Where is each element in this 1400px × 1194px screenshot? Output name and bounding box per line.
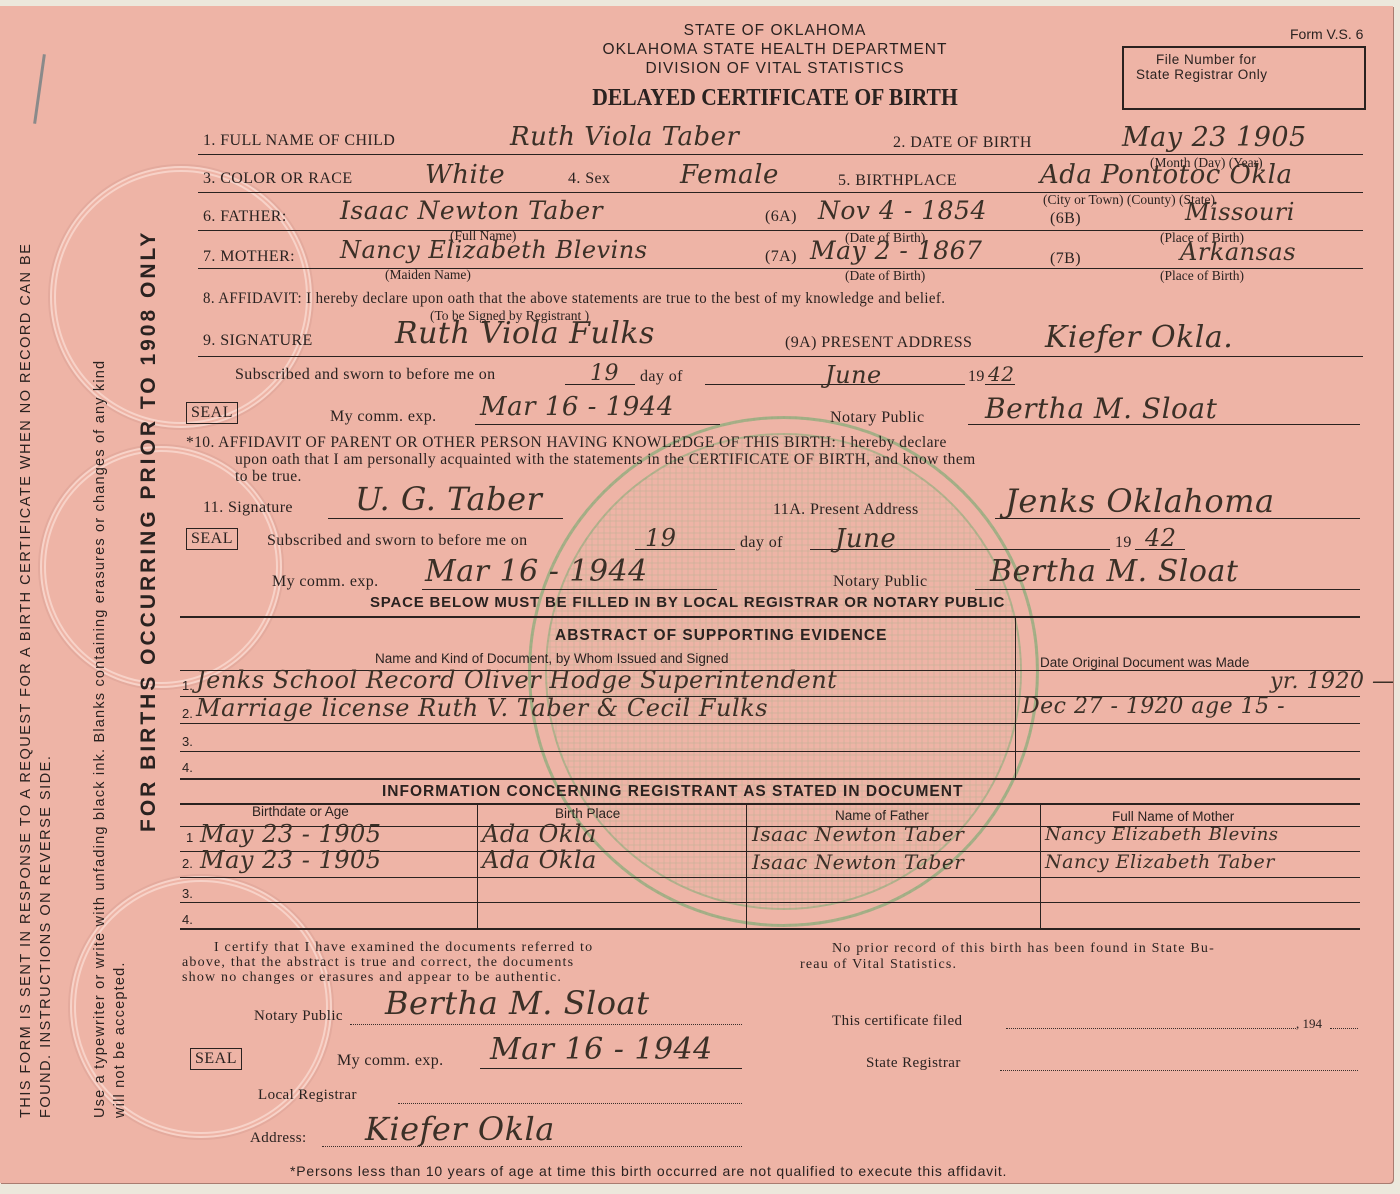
sworn2-year-value[interactable]: 42 xyxy=(1145,524,1177,552)
seal-box-2: SEAL xyxy=(186,528,238,550)
info-row2-num: 2. xyxy=(182,856,193,871)
certificate-filed-year-line xyxy=(1330,1028,1358,1029)
registrar-instruction: SPACE BELOW MUST BE FILLED IN BY LOCAL R… xyxy=(370,594,1005,611)
race-value[interactable]: White xyxy=(425,160,505,190)
sworn1-month-value[interactable]: June xyxy=(825,361,882,389)
local-registrar-label: Local Registrar xyxy=(258,1087,357,1104)
signature-label: 9. SIGNATURE xyxy=(203,332,313,350)
info-header-mother: Full Name of Mother xyxy=(1112,809,1234,824)
info-row1-father[interactable]: Isaac Newton Taber xyxy=(752,822,964,846)
abstract-row2-document[interactable]: Marriage license Ruth V. Taber & Cecil F… xyxy=(196,694,768,722)
father-birthdate-label: (6A) xyxy=(765,208,797,226)
present-address-label: (9A) PRESENT ADDRESS xyxy=(785,334,972,352)
present-address-11a-label: 11A. Present Address xyxy=(773,501,919,519)
age-footnote: *Persons less than 10 years of age at ti… xyxy=(290,1163,1007,1179)
full-name-label: 1. FULL NAME OF CHILD xyxy=(203,132,395,150)
abstract-row2-rule xyxy=(180,723,1360,724)
sworn1-year-value[interactable]: 42 xyxy=(988,362,1014,386)
comm1-value[interactable]: Mar 16 - 1944 xyxy=(480,392,674,422)
certificate-filed-year: , 194 xyxy=(1296,1016,1322,1032)
father-label: 6. FATHER: xyxy=(203,208,287,226)
abstract-row1-num: 1. xyxy=(182,678,193,693)
abstract-col-document-header: Name and Kind of Document, by Whom Issue… xyxy=(375,651,728,666)
notary1-label: Notary Public xyxy=(830,409,925,427)
father-value[interactable]: Isaac Newton Taber xyxy=(340,196,603,225)
comm2-label: My comm. exp. xyxy=(272,573,379,591)
state-registrar-line xyxy=(1000,1070,1358,1071)
seal-box-3: SEAL xyxy=(190,1048,242,1070)
sworn1-text: Subscribed and sworn to before me on xyxy=(235,366,496,384)
margin-notice-line2: FOUND. INSTRUCTIONS ON REVERSE SIDE. xyxy=(38,755,54,1118)
certificate-filed-line xyxy=(1006,1028,1296,1029)
info-row3-rule xyxy=(180,902,1360,903)
info-title: INFORMATION CONCERNING REGISTRANT AS STA… xyxy=(382,783,963,801)
signature-11-label: 11. Signature xyxy=(203,499,293,517)
abstract-row3-rule xyxy=(180,751,1360,752)
info-row2-birthplace[interactable]: Ada Okla xyxy=(482,846,597,874)
info-row2-rule xyxy=(180,877,1360,878)
info-row2-mother[interactable]: Nancy Elizabeth Taber xyxy=(1045,851,1275,873)
abstract-title: ABSTRACT OF SUPPORTING EVIDENCE xyxy=(555,627,887,645)
margin-ink-instruction-line2: will not be accepted. xyxy=(112,961,128,1118)
staple xyxy=(33,54,46,124)
info-row1-num: 1 xyxy=(186,830,193,845)
sworn2-century: 19 xyxy=(1115,534,1132,552)
full-name-value[interactable]: Ruth Viola Taber xyxy=(510,122,739,152)
info-col-divider-2 xyxy=(746,803,747,928)
address-value[interactable]: Kiefer Okla xyxy=(365,1110,555,1148)
state-no-record-line2: reau of Vital Statistics. xyxy=(800,957,957,973)
info-header-birthdate: Birthdate or Age xyxy=(252,804,349,819)
row9-rule xyxy=(198,356,1363,357)
local-registrar-line xyxy=(398,1103,742,1104)
info-header-father: Name of Father xyxy=(835,808,929,823)
sworn1-day-of: day of xyxy=(640,368,683,386)
certify-notary-value[interactable]: Bertha M. Sloat xyxy=(385,984,649,1022)
mother-birthdate-sublabel: (Date of Birth) xyxy=(845,268,925,284)
info-row1-birthplace[interactable]: Ada Okla xyxy=(482,820,597,848)
abstract-col-divider xyxy=(1015,618,1016,778)
comm1-line xyxy=(475,424,720,425)
sworn1-century: 19 xyxy=(968,368,985,386)
sworn2-day-of: day of xyxy=(740,534,783,552)
signature-value[interactable]: Ruth Viola Fulks xyxy=(395,316,655,351)
abstract-row4-num: 4. xyxy=(182,760,193,775)
race-label: 3. COLOR OR RACE xyxy=(203,170,353,188)
abstract-top-rule xyxy=(180,616,1360,618)
certify-notary-label: Notary Public xyxy=(254,1008,343,1025)
comm2-value[interactable]: Mar 16 - 1944 xyxy=(425,554,648,589)
info-row2-father[interactable]: Isaac Newton Taber xyxy=(752,850,964,874)
affidavit-statement: 8. AFFIDAVIT: I hereby declare upon oath… xyxy=(203,290,945,308)
state-no-record-line1: No prior record of this birth has been f… xyxy=(832,941,1215,957)
document-title: DELAYED CERTIFICATE OF BIRTH xyxy=(546,85,1005,112)
notary2-label: Notary Public xyxy=(833,573,928,591)
margin-notice-line1: THIS FORM IS SENT IN RESPONSE TO A REQUE… xyxy=(18,243,34,1118)
sworn1-day-value[interactable]: 19 xyxy=(590,361,619,386)
abstract-row2-date[interactable]: Dec 27 - 1920 age 15 - xyxy=(1022,694,1285,719)
notary1-value[interactable]: Bertha M. Sloat xyxy=(985,392,1217,425)
info-row3-num: 3. xyxy=(182,886,193,901)
sworn2-day-value[interactable]: 19 xyxy=(645,524,677,552)
mother-label: 7. MOTHER: xyxy=(203,248,295,266)
mother-birthplace-sublabel: (Place of Birth) xyxy=(1160,268,1244,284)
header-division: DIVISION OF VITAL STATISTICS xyxy=(560,60,990,78)
seal-box-1: SEAL xyxy=(186,402,238,424)
info-header-birthplace: Birth Place xyxy=(555,806,620,821)
state-registrar-label: State Registrar xyxy=(866,1055,961,1072)
mother-birthplace-value[interactable]: Arkansas xyxy=(1180,238,1296,266)
affidavit-10-line2: upon oath that I am personally acquainte… xyxy=(235,451,976,469)
info-row1-birthdate[interactable]: May 23 - 1905 xyxy=(200,820,382,848)
address-label: Address: xyxy=(250,1130,307,1147)
comm2-line xyxy=(422,589,717,590)
info-col-divider-1 xyxy=(477,803,478,928)
header-state: STATE OF OKLAHOMA xyxy=(560,22,990,40)
father-birthdate-value[interactable]: Nov 4 - 1854 xyxy=(818,196,987,225)
margin-ink-instruction-line1: Use a typewriter or write with unfading … xyxy=(92,360,108,1118)
info-top-rule xyxy=(180,803,1360,805)
notary2-value[interactable]: Bertha M. Sloat xyxy=(990,554,1238,589)
sex-label: 4. Sex xyxy=(568,170,610,188)
abstract-col-date-header: Date Original Document was Made xyxy=(1040,655,1249,670)
father-birthplace-label: (6B) xyxy=(1050,210,1081,228)
file-number-label-line2: State Registrar Only xyxy=(1136,67,1268,82)
info-col-divider-3 xyxy=(1040,803,1041,928)
sworn2-text: Subscribed and sworn to before me on xyxy=(267,532,528,550)
header-department: OKLAHOMA STATE HEALTH DEPARTMENT xyxy=(520,41,1030,59)
signature-11-line xyxy=(328,518,563,519)
affidavit-10-line1: *10. AFFIDAVIT OF PARENT OR OTHER PERSON… xyxy=(186,434,947,452)
certify-notary-line xyxy=(350,1024,742,1025)
mother-birthdate-label: (7A) xyxy=(765,248,797,266)
info-bottom-rule xyxy=(180,928,1360,930)
mother-birthplace-label: (7B) xyxy=(1050,250,1081,268)
certify-comm-label: My comm. exp. xyxy=(337,1052,444,1070)
form-number: Form V.S. 6 xyxy=(1290,26,1363,42)
info-row2-birthdate[interactable]: May 23 - 1905 xyxy=(200,846,382,874)
mother-name-sublabel: (Maiden Name) xyxy=(385,267,471,283)
sworn2-month-value[interactable]: June xyxy=(835,524,896,554)
certificate-filed-label: This certificate filed xyxy=(832,1013,962,1030)
info-row4-num: 4. xyxy=(182,912,193,927)
file-number-label-line1: File Number for xyxy=(1156,52,1257,67)
abstract-bottom-rule xyxy=(180,778,1360,780)
birthplace-value[interactable]: Ada Pontotoc Okla xyxy=(1040,160,1292,190)
abstract-row2-num: 2. xyxy=(182,706,193,721)
present-address-11a-value[interactable]: Jenks Oklahoma xyxy=(1005,482,1275,520)
present-address-value[interactable]: Kiefer Okla. xyxy=(1045,320,1233,355)
sex-value[interactable]: Female xyxy=(680,160,779,190)
mother-value[interactable]: Nancy Elizabeth Blevins xyxy=(340,236,648,264)
abstract-row1-document[interactable]: Jenks School Record Oliver Hodge Superin… xyxy=(196,666,837,694)
certify-line2: above, that the abstract is true and cor… xyxy=(182,955,574,971)
abstract-row3-num: 3. xyxy=(182,734,193,749)
affidavit-10-line3: to be true. xyxy=(235,468,302,486)
father-birthplace-value[interactable]: Missouri xyxy=(1185,198,1295,226)
mother-birthdate-value[interactable]: May 2 - 1867 xyxy=(810,236,982,265)
date-of-birth-label: 2. DATE OF BIRTH xyxy=(893,134,1032,152)
certify-comm-line xyxy=(480,1068,742,1069)
info-row1-mother[interactable]: Nancy Elizabeth Blevins xyxy=(1045,824,1279,845)
certify-comm-value[interactable]: Mar 16 - 1944 xyxy=(490,1032,713,1067)
signature-11-value[interactable]: U. G. Taber xyxy=(355,480,542,518)
abstract-row1-date[interactable]: yr. 1920 —. xyxy=(1270,669,1393,694)
notary2-line xyxy=(975,589,1360,590)
certificate-paper: THIS FORM IS SENT IN RESPONSE TO A REQUE… xyxy=(0,6,1393,1183)
margin-births-prior-1908: FOR BIRTHS OCCURRING PRIOR TO 1908 ONLY xyxy=(137,230,161,832)
date-of-birth-value[interactable]: May 23 1905 xyxy=(1122,122,1307,153)
comm1-label: My comm. exp. xyxy=(330,408,437,426)
certify-line1: I certify that I have examined the docum… xyxy=(214,940,593,956)
birthplace-label: 5. BIRTHPLACE xyxy=(838,172,957,190)
